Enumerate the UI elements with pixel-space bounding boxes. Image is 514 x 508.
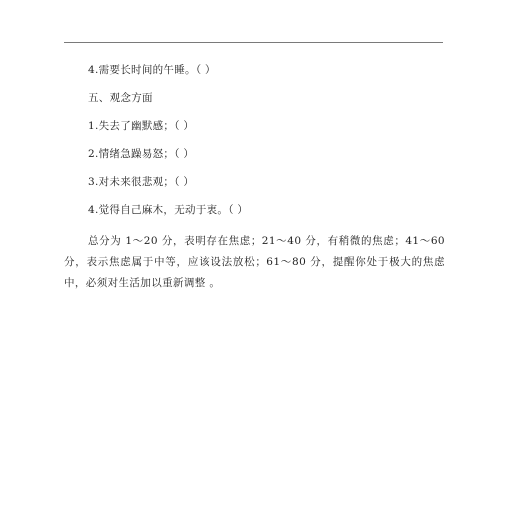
question-item-1-humor: 1.失去了幽默感；（ ）: [88, 119, 194, 133]
question-item-4-nap: 4.需要长时间的午睡。（ ）: [88, 63, 216, 77]
scoring-summary-paragraph: 总分为 1～20 分，表明存在焦虑；21～40 分，有稍微的焦虑；41～60 分…: [64, 231, 445, 294]
question-item-3-pessimistic: 3.对未来很悲观；（ ）: [88, 175, 194, 189]
question-item-2-irritable: 2.情绪急躁易怒；（ ）: [88, 147, 194, 161]
section-heading-attitude: 五、观念方面: [88, 91, 153, 105]
header-divider: [64, 42, 443, 43]
question-item-4-numb: 4.觉得自己麻木，无动于衷。（ ）: [88, 203, 248, 217]
